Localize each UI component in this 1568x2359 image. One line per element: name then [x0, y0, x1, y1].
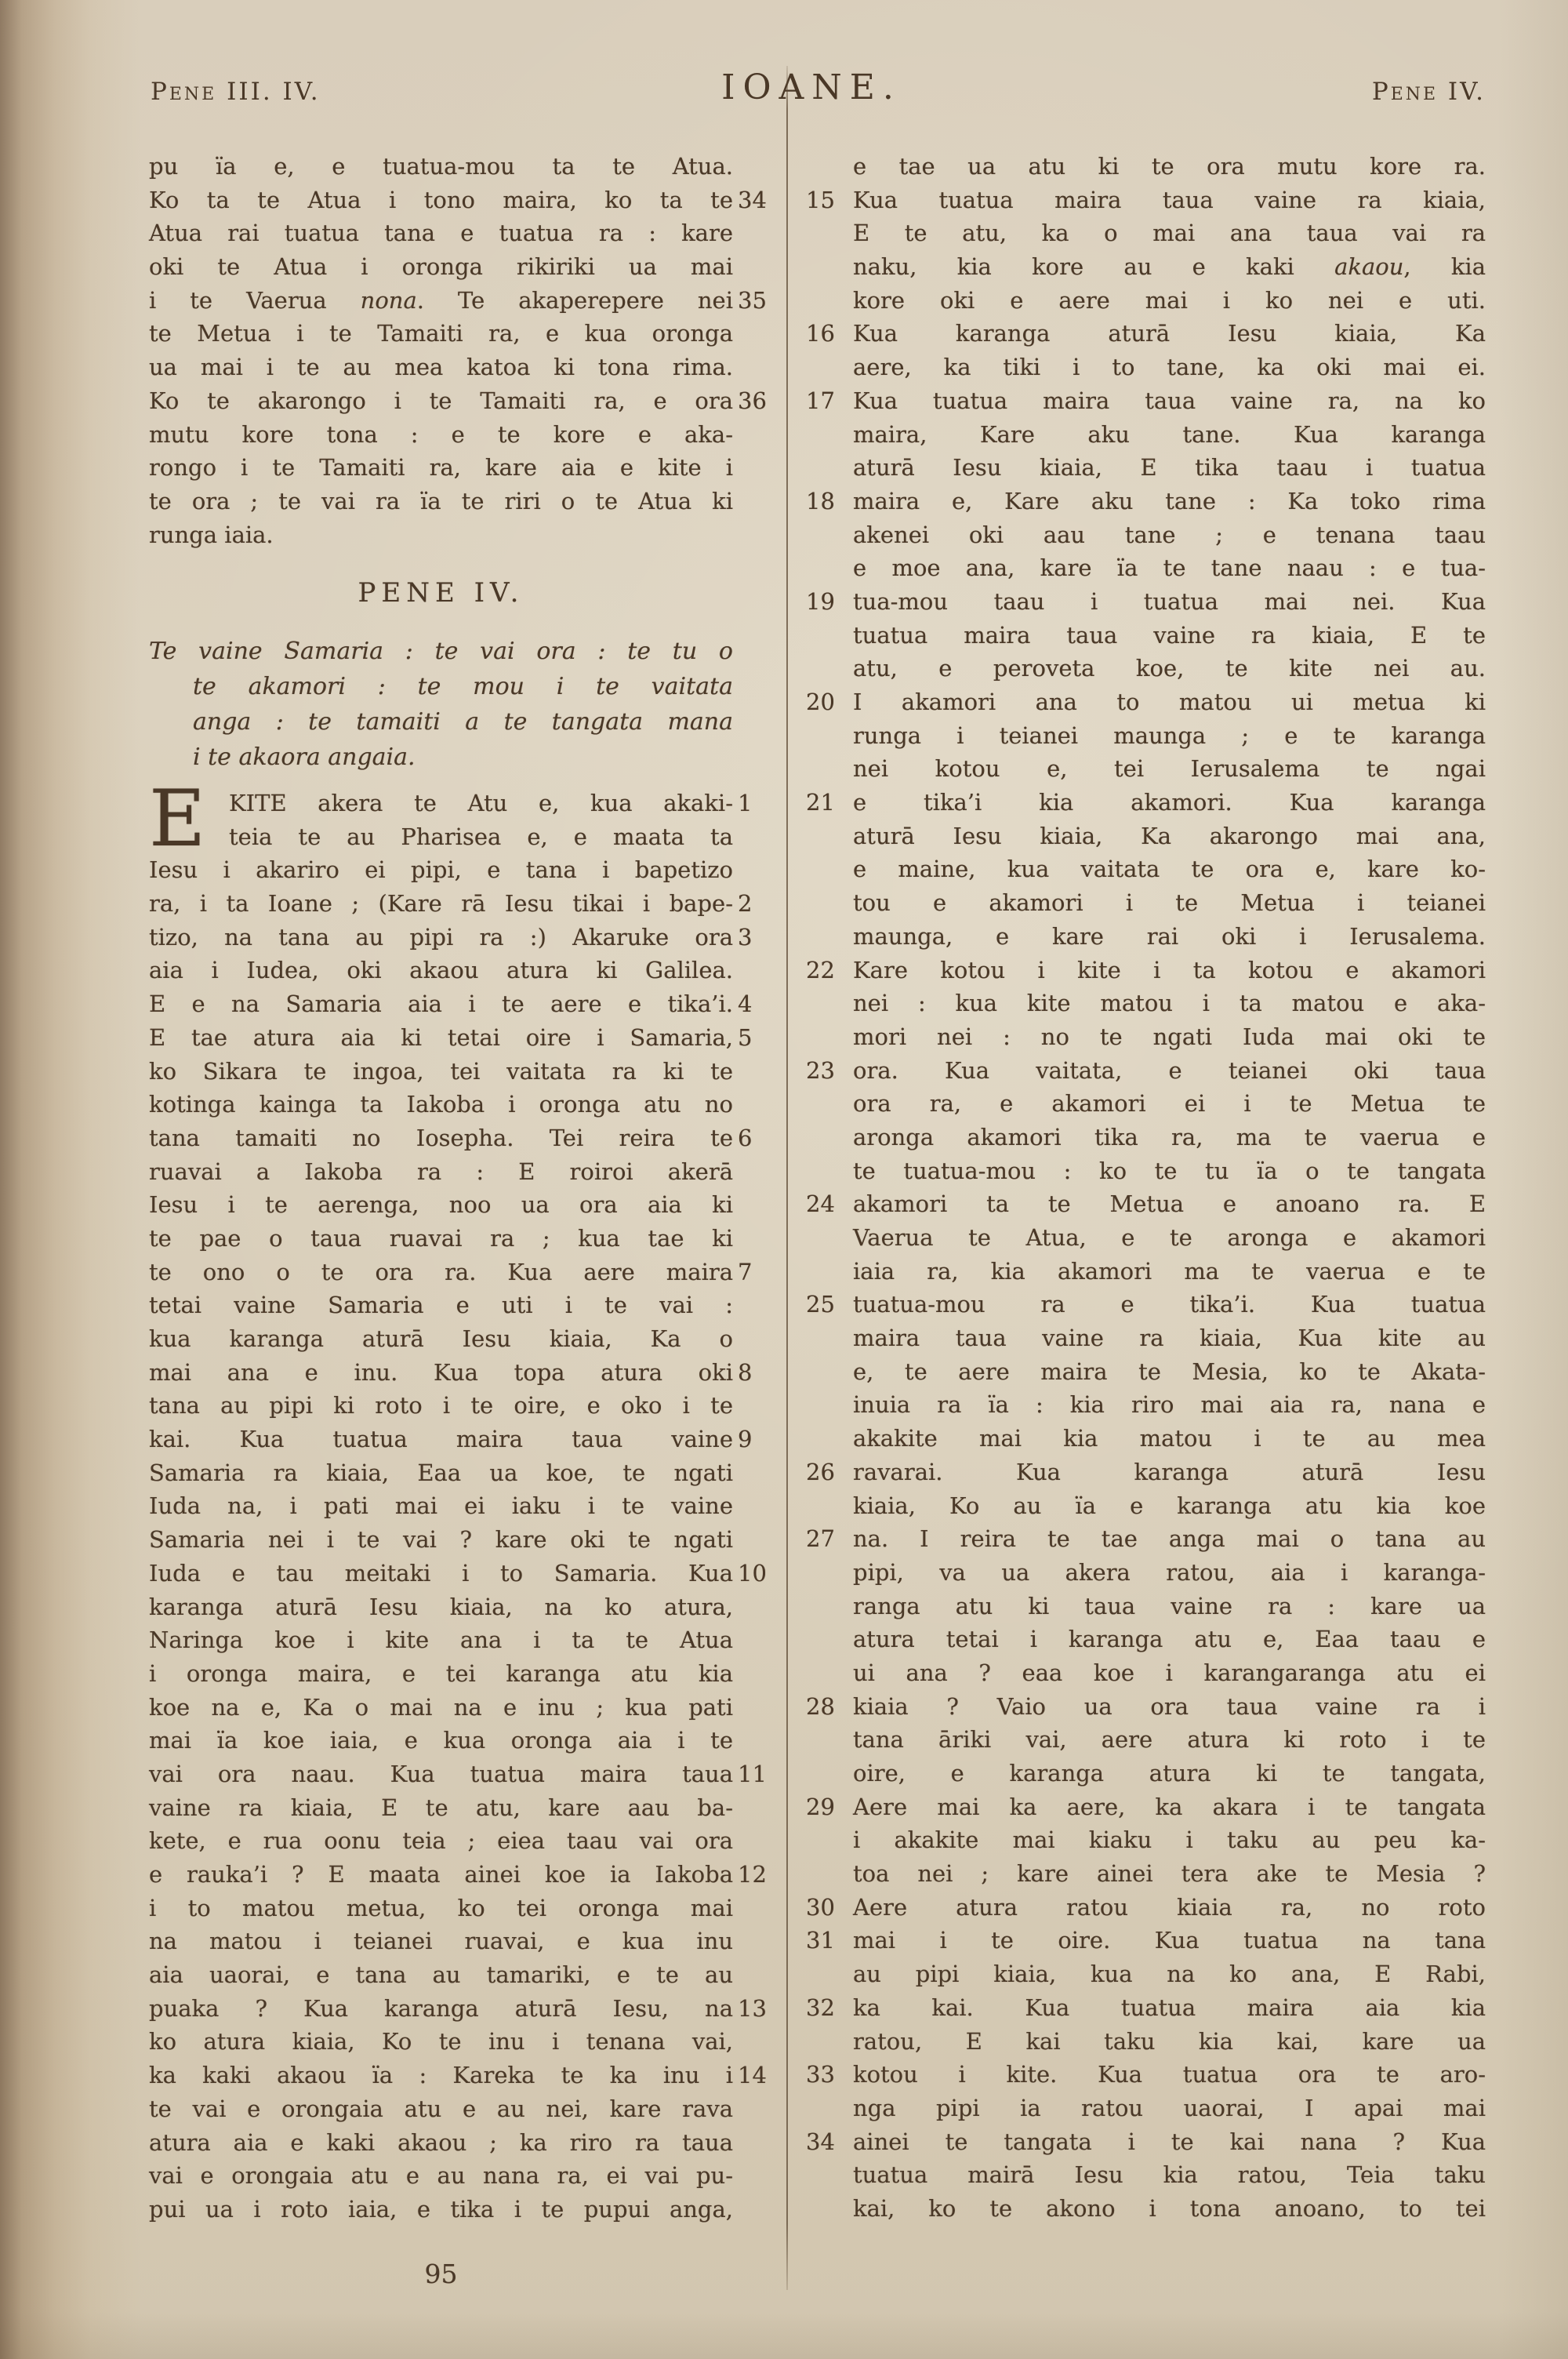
- line-text: ua mai i te au mea katoa ki tona rima.: [149, 354, 733, 380]
- line-text: tana au pipi ki roto i te oire, e oko i …: [149, 1392, 733, 1419]
- line-text: pu ïa e, e tuatua-mou ta te Atua.: [149, 153, 733, 180]
- text-line: ruavai a Iakoba ra : E roiroi akerā: [149, 1155, 733, 1189]
- line-text: ora ra, e akamori ei i te Metua te: [853, 1090, 1486, 1117]
- line-text: kete, e rua oonu teia ; eiea taau vai or…: [149, 1827, 733, 1854]
- line-text: oire, e karanga atura ki te tangata,: [853, 1760, 1486, 1787]
- text-line: ora ra, e akamori ei i te Metua te: [853, 1087, 1486, 1121]
- line-text: akakite mai kia matou i te au mea: [853, 1425, 1486, 1452]
- line-text: i akakite mai kiaku i taku au peu ka-: [853, 1826, 1486, 1853]
- text-line: te ono o te ora ra. Kua aere maira7: [149, 1256, 733, 1289]
- verse-number: 28: [806, 1690, 850, 1724]
- line-text: te ora ; te vai ra ïa te riri o te Atua …: [149, 488, 733, 514]
- line-text: karanga aturā Iesu kiaia, na ko atura,: [149, 1594, 733, 1620]
- text-line: atura aia e kaki akaou ; ka riro ra taua: [149, 2126, 733, 2160]
- running-header-title: IOANE.: [106, 67, 1517, 107]
- line-text: tou e akamori i te Metua i teianei: [853, 889, 1486, 916]
- text-line: ranga atu ki taua vaine ra : kare ua: [853, 1590, 1486, 1623]
- line-text: i te akaora angaia.: [193, 743, 416, 771]
- line-text: akenei oki aau tane ; e tenana taau: [853, 522, 1486, 548]
- verse-number: 24: [806, 1187, 850, 1221]
- text-line: koe na e, Ka o mai na e inu ; kua pati: [149, 1691, 733, 1725]
- line-text: i oronga maira, e tei karanga atu kia: [149, 1660, 733, 1687]
- text-line: akenei oki aau tane ; e tenana taau: [853, 518, 1486, 552]
- verse-number: 29: [806, 1790, 850, 1824]
- line-text: Kua karanga aturā Iesu kiaia, Ka: [853, 320, 1486, 347]
- text-line: tizo, na tana au pipi ra :) Akaruke ora3: [149, 921, 733, 954]
- text-line: E tae atura aia ki tetai oire i Samaria,…: [149, 1021, 733, 1055]
- text-line: aia uaorai, e tana au tamariki, e te au: [149, 1958, 733, 1992]
- verse-number: 20: [806, 685, 850, 719]
- text-line: tana āriki vai, aere atura ki roto i te: [853, 1723, 1486, 1757]
- text-line: akamori ta te Metua e anoano ra. E24: [853, 1187, 1486, 1221]
- text-line: tou e akamori i te Metua i teianei: [853, 886, 1486, 920]
- verse-number: 16: [806, 317, 850, 351]
- line-text: tuatua-mou ra e tika’i. Kua tuatua: [853, 1291, 1486, 1318]
- text-line: e tika’i kia akamori. Kua karanga21: [853, 786, 1486, 820]
- line-text: Kua tuatua maira taua vaine ra kiaia,: [853, 187, 1486, 213]
- line-text: ko atura kiaia, Ko te inu i tenana vai,: [149, 2028, 733, 2055]
- line-text: kotou i kite. Kua tuatua ora te aro-: [853, 2061, 1486, 2088]
- text-line: kai. Kua tuatua maira taua vaine9: [149, 1423, 733, 1456]
- line-text: ora. Kua vaitata, e teianei oki taua: [853, 1057, 1486, 1084]
- line-text: e tika’i kia akamori. Kua karanga: [853, 789, 1486, 816]
- text-line: te pae o taua ruavai ra ; kua tae ki: [149, 1222, 733, 1256]
- text-line: puaka ? Kua karanga aturā Iesu, na13: [149, 1992, 733, 2026]
- line-text: rongo i te Tamaiti ra, kare aia e kite i: [149, 454, 733, 481]
- line-text: mutu kore tona : e te kore e aka-: [149, 421, 733, 448]
- line-text: aronga akamori tika ra, ma te vaerua e: [853, 1124, 1486, 1150]
- text-line: Aere mai ka aere, ka akara i te tangata2…: [853, 1790, 1486, 1824]
- text-line: ra, i ta Ioane ; (Kare rā Iesu tikai i b…: [149, 887, 733, 921]
- text-line: kai, ko te akono i tona anoano, to tei: [853, 2192, 1486, 2226]
- verse-number: 1: [738, 787, 785, 820]
- text-line: ua mai i te au mea katoa ki tona rima.: [149, 351, 733, 384]
- line-text: ui ana ? eaa koe i karangaranga atu ei: [853, 1659, 1486, 1686]
- verse-number: 2: [738, 887, 785, 921]
- verse-number: 33: [806, 2058, 850, 2092]
- line-text: kiaia ? Vaio ua ora taua vaine ra i: [853, 1693, 1486, 1720]
- text-line: kotinga kainga ta Iakoba i oronga atu no: [149, 1088, 733, 1121]
- text-line: vai ora naau. Kua tuatua maira taua11: [149, 1757, 733, 1791]
- line-text: na matou i teianei ruavai, e kua inu: [149, 1928, 733, 1954]
- text-line: ko atura kiaia, Ko te inu i tenana vai,: [149, 2025, 733, 2059]
- line-text: E e na Samaria aia i te aere e tika’i.: [149, 990, 733, 1017]
- text-line: e tae ua atu ki te ora mutu kore ra.: [853, 150, 1486, 184]
- text-line: Vaerua te Atua, e te aronga e akamori: [853, 1221, 1486, 1255]
- line-text: Te vaine Samaria : te vai ora : te tu o: [149, 638, 733, 665]
- line-text: Naringa koe i kite ana i ta te Atua: [149, 1627, 733, 1653]
- text-line: teia te au Pharisea e, e maata ta: [149, 820, 733, 854]
- line-text: e, te aere maira te Mesia, ko te Akata-: [853, 1358, 1486, 1385]
- line-text: pipi, va ua akera ratou, aia i karanga-: [853, 1559, 1486, 1586]
- verse-number: 6: [738, 1121, 785, 1155]
- line-text: oki te Atua i oronga rikiriki ua mai: [149, 253, 733, 280]
- text-line: Kare kotou i kite i ta kotou e akamori22: [853, 954, 1486, 987]
- text-line: E e na Samaria aia i te aere e tika’i.4: [149, 987, 733, 1021]
- line-text: I akamori ana to matou ui metua ki: [853, 689, 1486, 715]
- text-line: aere, ka tiki i to tane, ka oki mai ei.: [853, 351, 1486, 384]
- line-text: Kare kotou i kite i ta kotou e akamori: [853, 957, 1486, 983]
- line-text: tua-mou taau i tuatua mai nei. Kua: [853, 588, 1486, 615]
- text-line: kua karanga aturā Iesu kiaia, Ka o: [149, 1322, 733, 1356]
- text-line: tana au pipi ki roto i te oire, e oko i …: [149, 1389, 733, 1423]
- text-line: na matou i teianei ruavai, e kua inu: [149, 1925, 733, 1958]
- line-text: ra, i ta Ioane ; (Kare rā Iesu tikai i b…: [149, 890, 733, 917]
- verse-number: 15: [806, 184, 850, 217]
- text-line: Kua tuatua maira taua vaine ra kiaia,15: [853, 184, 1486, 217]
- line-text: Iesu i akariro ei pipi, e tana i bapetiz…: [149, 856, 733, 883]
- running-header-right: Pene IV.: [1325, 78, 1486, 106]
- text-line: e, te aere maira te Mesia, ko te Akata-: [853, 1355, 1486, 1389]
- text-line: nei : kua kite matou i ta matou e aka-: [853, 987, 1486, 1020]
- text-line: i te akaora angaia.: [149, 740, 733, 775]
- verse-number: 8: [738, 1356, 785, 1390]
- line-text: maunga, e kare rai oki i Ierusalema.: [853, 923, 1486, 950]
- text-line: Kua tuatua maira taua vaine ra, na ko17: [853, 384, 1486, 418]
- line-text: Iesu i te aerenga, noo ua ora aia ki: [149, 1191, 733, 1218]
- line-text: Atua rai tuatua tana e tuatua ra : kare: [149, 220, 733, 246]
- line-text: ka kai. Kua tuatua maira aia kia: [853, 1994, 1486, 2021]
- line-text: e tae ua atu ki te ora mutu kore ra.: [853, 153, 1486, 180]
- line-text: Ko te akarongo i te Tamaiti ra, e ora: [149, 387, 733, 414]
- text-line: ka kaki akaou ïa : Kareka te ka inu i14: [149, 2059, 733, 2092]
- line-text: Iuda na, i pati mai ei iaku i te vaine: [149, 1492, 733, 1519]
- text-line: i te Vaerua nona. Te akaperepere nei35: [149, 284, 733, 318]
- text-line: te tuatua-mou : ko te tu ïa o te tangata: [853, 1154, 1486, 1188]
- text-line: Kua karanga aturā Iesu kiaia, Ka16: [853, 317, 1486, 351]
- line-text: runga i teianei maunga ; e te karanga: [853, 722, 1486, 749]
- text-line: akakite mai kia matou i te au mea: [853, 1422, 1486, 1456]
- text-line: e maine, kua vaitata te ora e, kare ko-: [853, 852, 1486, 886]
- verse-number: 36: [738, 384, 785, 418]
- line-text: akamori ta te Metua e anoano ra. E: [853, 1190, 1486, 1217]
- line-text: kore oki e aere mai i ko nei e uti.: [853, 287, 1486, 314]
- line-text: Samaria nei i te vai ? kare oki te ngati: [149, 1526, 733, 1553]
- line-text: mai i te oire. Kua tuatua na tana: [853, 1927, 1486, 1954]
- verse-number: 21: [806, 786, 850, 820]
- text-line: Iesu i te aerenga, noo ua ora aia ki: [149, 1188, 733, 1222]
- text-line: iaia ra, kia akamori ma te vaerua e te: [853, 1255, 1486, 1289]
- line-text: vai e orongaia atu e au nana ra, ei vai …: [149, 2162, 733, 2189]
- text-line: i to matou metua, ko tei oronga mai: [149, 1892, 733, 1925]
- text-line: te Metua i te Tamaiti ra, e kua oronga: [149, 317, 733, 351]
- verse-number: 32: [806, 1991, 850, 2025]
- line-text: ka kaki akaou ïa : Kareka te ka inu i: [149, 2062, 733, 2088]
- line-text: tizo, na tana au pipi ra :) Akaruke ora: [149, 924, 733, 951]
- verse-number: 10: [738, 1557, 785, 1590]
- text-line: kiaia ? Vaio ua ora taua vaine ra i28: [853, 1690, 1486, 1724]
- line-text: iaia ra, kia akamori ma te vaerua e te: [853, 1258, 1486, 1285]
- text-line: tana tamaiti no Iosepha. Tei reira te6: [149, 1121, 733, 1155]
- text-line: te vai e orongaia atu e au nei, kare rav…: [149, 2092, 733, 2126]
- text-line: Atua rai tuatua tana e tuatua ra : kare: [149, 216, 733, 250]
- text-line: mai ïa koe iaia, e kua oronga aia i te: [149, 1724, 733, 1757]
- verse-number: 26: [806, 1456, 850, 1489]
- text-line: atu, e peroveta koe, te kite nei au.: [853, 652, 1486, 685]
- page-number: 95: [149, 2259, 733, 2289]
- scanned-book-page: Pene III. IV. IOANE. Pene IV. pu ïa e, e…: [0, 0, 1568, 2359]
- line-text: naku, kia kore au e kaki akaou, kia: [853, 253, 1486, 280]
- text-line: aturā Iesu kiaia, Ka akarongo mai ana,: [853, 820, 1486, 853]
- text-line: mori nei : no te ngati Iuda mai oki te: [853, 1020, 1486, 1054]
- line-text: Aere mai ka aere, ka akara i te tangata: [853, 1794, 1486, 1820]
- line-text: atura tetai i karanga atu e, Eaa taau e: [853, 1626, 1486, 1652]
- text-line: maira, Kare aku tane. Kua karanga: [853, 418, 1486, 452]
- text-line: au pipi kiaia, kua na ko ana, E Rabi,: [853, 1957, 1486, 1991]
- line-text: ravarai. Kua karanga aturā Iesu: [853, 1459, 1486, 1485]
- line-text: puaka ? Kua karanga aturā Iesu, na: [149, 1995, 733, 2022]
- line-text: te ono o te ora ra. Kua aere maira: [149, 1259, 733, 1285]
- line-text: te pae o taua ruavai ra ; kua tae ki: [149, 1225, 733, 1252]
- line-text: kotinga kainga ta Iakoba i oronga atu no: [149, 1091, 733, 1118]
- line-text: aere, ka tiki i to tane, ka oki mai ei.: [853, 354, 1486, 380]
- line-text: kai. Kua tuatua maira taua vaine: [149, 1426, 733, 1452]
- verse-number: 34: [738, 184, 785, 217]
- text-line: Iuda e tau meitaki i to Samaria. Kua10: [149, 1557, 733, 1590]
- text-line: mutu kore tona : e te kore e aka-: [149, 418, 733, 452]
- verse-number: 9: [738, 1423, 785, 1456]
- verse-number: 27: [806, 1522, 850, 1556]
- text-line: naku, kia kore au e kaki akaou, kia: [853, 250, 1486, 284]
- line-text: te akamori : te mou i te vaitata: [193, 673, 733, 700]
- verse-number: 35: [738, 284, 785, 318]
- text-line: aia i Iudea, oki akaou atura ki Galilea.: [149, 954, 733, 987]
- chapter-summary: Te vaine Samaria : te vai ora : te tu ot…: [149, 634, 733, 775]
- text-line: Iesu i akariro ei pipi, e tana i bapetiz…: [149, 853, 733, 887]
- text-line: ravarai. Kua karanga aturā Iesu26: [853, 1456, 1486, 1489]
- right-column-body: e tae ua atu ki te ora mutu kore ra.Kua …: [853, 150, 1486, 2226]
- line-text: Aere atura ratou kiaia ra, no roto: [853, 1894, 1486, 1921]
- line-text: Iuda e tau meitaki i to Samaria. Kua: [149, 1560, 733, 1587]
- text-line: i akakite mai kiaku i taku au peu ka-: [853, 1823, 1486, 1857]
- text-line: te ora ; te vai ra ïa te riri o te Atua …: [149, 485, 733, 518]
- text-line: i oronga maira, e tei karanga atu kia: [149, 1657, 733, 1691]
- verse-number: 19: [806, 585, 850, 619]
- verse-number: 3: [738, 921, 785, 954]
- line-text: atura aia e kaki akaou ; ka riro ra taua: [149, 2129, 733, 2156]
- line-text: runga iaia.: [149, 522, 274, 548]
- text-line: maira taua vaine ra kiaia, Kua kite au: [853, 1321, 1486, 1355]
- line-text: E tae atura aia ki tetai oire i Samaria,: [149, 1024, 733, 1051]
- text-line: E te atu, ka o mai ana taua vai ra: [853, 216, 1486, 250]
- text-line: tua-mou taau i tuatua mai nei. Kua19: [853, 585, 1486, 619]
- text-line: aturā Iesu kiaia, E tika taau i tuatua: [853, 451, 1486, 485]
- text-line: ui ana ? eaa koe i karangaranga atu ei: [853, 1656, 1486, 1690]
- text-line: tuatua mairā Iesu kia ratou, Teia taku: [853, 2158, 1486, 2192]
- text-line: pipi, va ua akera ratou, aia i karanga-: [853, 1556, 1486, 1590]
- text-line: mai ana e inu. Kua topa atura oki8: [149, 1356, 733, 1390]
- line-text: mai ïa koe iaia, e kua oronga aia i te: [149, 1727, 733, 1754]
- line-text: maira, Kare aku tane. Kua karanga: [853, 421, 1486, 448]
- text-line: ainei te tangata i te kai nana ? Kua34: [853, 2125, 1486, 2159]
- line-text: te vai e orongaia atu e au nei, kare rav…: [149, 2095, 733, 2122]
- line-text: aia uaorai, e tana au tamariki, e te au: [149, 1961, 733, 1988]
- text-line: pu ïa e, e tuatua-mou ta te Atua.: [149, 150, 733, 184]
- text-line: runga iaia.: [149, 518, 733, 552]
- text-line: Samaria nei i te vai ? kare oki te ngati: [149, 1523, 733, 1557]
- line-text: maira e, Kare aku tane : Ka toko rima: [853, 488, 1486, 514]
- verse-number: 11: [738, 1757, 785, 1791]
- verse-number: 25: [806, 1288, 850, 1321]
- text-line: aronga akamori tika ra, ma te vaerua e: [853, 1121, 1486, 1154]
- text-line: inuia ra ïa : kia riro mai aia ra, nana …: [853, 1388, 1486, 1422]
- text-line: anga : te tamaiti a te tangata mana: [149, 704, 733, 740]
- line-text: te Metua i te Tamaiti ra, e kua oronga: [149, 320, 733, 347]
- line-text: mori nei : no te ngati Iuda mai oki te: [853, 1023, 1486, 1050]
- text-line: Ko te akarongo i te Tamaiti ra, e ora36: [149, 384, 733, 418]
- text-line: te akamori : te mou i te vaitata: [149, 669, 733, 704]
- verse-number: 5: [738, 1021, 785, 1055]
- line-text: nga pipi ia ratou uaorai, I apai mai: [853, 2095, 1486, 2121]
- line-text: aturā Iesu kiaia, Ka akarongo mai ana,: [853, 823, 1486, 849]
- text-line: KITE akera te Atu e, kua akaki-1: [149, 787, 733, 820]
- line-text: tana āriki vai, aere atura ki roto i te: [853, 1726, 1486, 1753]
- text-line: toa nei ; kare ainei tera ake te Mesia ?: [853, 1857, 1486, 1891]
- line-text: mai ana e inu. Kua topa atura oki: [149, 1359, 733, 1386]
- line-text: te tuatua-mou : ko te tu ïa o te tangata: [853, 1158, 1486, 1184]
- text-line: e moe ana, kare ïa te tane naau : e tua-: [853, 551, 1486, 585]
- text-line: Te vaine Samaria : te vai ora : te tu o: [149, 634, 733, 669]
- text-line: tetai vaine Samaria e uti i te vai :: [149, 1289, 733, 1322]
- text-line: atura tetai i karanga atu e, Eaa taau e: [853, 1623, 1486, 1656]
- verse-number: 14: [738, 2059, 785, 2092]
- verse-number: 18: [806, 485, 850, 518]
- column-divider-rule: [786, 66, 788, 2290]
- line-text: i to matou metua, ko tei oronga mai: [149, 1895, 733, 1921]
- verse-number: 4: [738, 987, 785, 1021]
- verse-number: 12: [738, 1858, 785, 1892]
- line-text: Vaerua te Atua, e te aronga e akamori: [853, 1224, 1486, 1251]
- verse-number: 22: [806, 954, 850, 987]
- line-text: aia i Iudea, oki akaou atura ki Galilea.: [149, 957, 733, 983]
- text-line: ora. Kua vaitata, e teianei oki taua23: [853, 1054, 1486, 1088]
- line-text: i te Vaerua nona. Te akaperepere nei: [149, 287, 733, 314]
- left-column-chapter4-body: KITE akera te Atu e, kua akaki-1teia te …: [149, 787, 733, 2226]
- line-text: E te atu, ka o mai ana taua vai ra: [853, 220, 1486, 246]
- verse-number: 30: [806, 1891, 850, 1925]
- text-line: Ko ta te Atua i tono maira, ko ta te34: [149, 184, 733, 217]
- text-line: karanga aturā Iesu kiaia, na ko atura,: [149, 1590, 733, 1624]
- line-text: tetai vaine Samaria e uti i te vai :: [149, 1292, 733, 1318]
- line-text: Ko ta te Atua i tono maira, ko ta te: [149, 187, 733, 213]
- text-line: oire, e karanga atura ki te tangata,: [853, 1757, 1486, 1790]
- line-text: vaine ra kiaia, E te atu, kare aau ba-: [149, 1794, 733, 1821]
- text-line: kiaia, Ko au ïa e karanga atu kia koe: [853, 1489, 1486, 1523]
- text-line: maunga, e kare rai oki i Ierusalema.: [853, 920, 1486, 954]
- line-text: toa nei ; kare ainei tera ake te Mesia ?: [853, 1860, 1486, 1887]
- line-text: ko Sikara te ingoa, tei vaitata ra ki te: [149, 1058, 733, 1085]
- text-line: Iuda na, i pati mai ei iaku i te vaine: [149, 1489, 733, 1523]
- line-text: Samaria ra kiaia, Eaa ua koe, te ngati: [149, 1459, 733, 1486]
- text-line: kotou i kite. Kua tuatua ora te aro-33: [853, 2058, 1486, 2092]
- line-text: vai ora naau. Kua tuatua maira taua: [149, 1761, 733, 1787]
- text-line: mai i te oire. Kua tuatua na tana31: [853, 1924, 1486, 1957]
- line-text: inuia ra ïa : kia riro mai aia ra, nana …: [853, 1391, 1486, 1418]
- line-text: maira taua vaine ra kiaia, Kua kite au: [853, 1325, 1486, 1351]
- text-line: tuatua-mou ra e tika’i. Kua tuatua25: [853, 1288, 1486, 1321]
- line-text: na. I reira te tae anga mai o tana au: [853, 1525, 1486, 1552]
- text-line: kore oki e aere mai i ko nei e uti.: [853, 284, 1486, 318]
- line-text: e rauka’i ? E maata ainei koe ia Iakoba: [149, 1861, 733, 1888]
- text-line: e rauka’i ? E maata ainei koe ia Iakoba1…: [149, 1858, 733, 1892]
- text-line: Aere atura ratou kiaia ra, no roto30: [853, 1891, 1486, 1925]
- text-line: rongo i te Tamaiti ra, kare aia e kite i: [149, 451, 733, 485]
- text-line: I akamori ana to matou ui metua ki20: [853, 685, 1486, 719]
- text-line: Samaria ra kiaia, Eaa ua koe, te ngati: [149, 1456, 733, 1490]
- line-text: kua karanga aturā Iesu kiaia, Ka o: [149, 1325, 733, 1352]
- text-line: ka kai. Kua tuatua maira aia kia32: [853, 1991, 1486, 2025]
- text-line: ko Sikara te ingoa, tei vaitata ra ki te: [149, 1055, 733, 1089]
- line-text: kiaia, Ko au ïa e karanga atu kia koe: [853, 1492, 1486, 1519]
- line-text: tana tamaiti no Iosepha. Tei reira te: [149, 1125, 733, 1151]
- line-text: kai, ko te akono i tona anoano, to tei: [853, 2195, 1486, 2222]
- verse-number: 34: [806, 2125, 850, 2159]
- verse-number: 7: [738, 1256, 785, 1289]
- line-text: ranga atu ki taua vaine ra : kare ua: [853, 1593, 1486, 1619]
- verse-number: 17: [806, 384, 850, 418]
- line-text: koe na e, Ka o mai na e inu ; kua pati: [149, 1694, 733, 1721]
- line-text: Kua tuatua maira taua vaine ra, na ko: [853, 387, 1486, 414]
- text-line: nei kotou e, tei Ierusalema te ngai: [853, 752, 1486, 786]
- text-line: Naringa koe i kite ana i ta te Atua: [149, 1623, 733, 1657]
- text-line: nga pipi ia ratou uaorai, I apai mai: [853, 2092, 1486, 2125]
- line-text: anga : te tamaiti a te tangata mana: [193, 708, 733, 736]
- verse-number: 31: [806, 1924, 850, 1957]
- text-line: maira e, Kare aku tane : Ka toko rima18: [853, 485, 1486, 518]
- line-text: teia te au Pharisea e, e maata ta: [229, 823, 733, 850]
- line-text: atu, e peroveta koe, te kite nei au.: [853, 655, 1486, 682]
- line-text: au pipi kiaia, kua na ko ana, E Rabi,: [853, 1961, 1486, 1987]
- verse-number: 23: [806, 1054, 850, 1088]
- text-line: oki te Atua i oronga rikiriki ua mai: [149, 250, 733, 284]
- line-text: aturā Iesu kiaia, E tika taau i tuatua: [853, 454, 1486, 481]
- text-line: runga i teianei maunga ; e te karanga: [853, 719, 1486, 753]
- left-column-chapter3-end: pu ïa e, e tuatua-mou ta te Atua.Ko ta t…: [149, 150, 733, 551]
- text-line: ratou, E kai taku kia kai, kare ua: [853, 2025, 1486, 2059]
- line-text: e moe ana, kare ïa te tane naau : e tua-: [853, 554, 1486, 581]
- text-line: na. I reira te tae anga mai o tana au27: [853, 1522, 1486, 1556]
- line-text: ruavai a Iakoba ra : E roiroi akerā: [149, 1158, 733, 1185]
- text-line: vai e orongaia atu e au nana ra, ei vai …: [149, 2159, 733, 2193]
- chapter-heading: PENE IV.: [149, 577, 733, 609]
- line-text: nei kotou e, tei Ierusalema te ngai: [853, 755, 1486, 782]
- line-text: pui ua i roto iaia, e tika i te pupui an…: [149, 2196, 733, 2223]
- line-text: ratou, E kai taku kia kai, kare ua: [853, 2028, 1486, 2055]
- line-text: KITE akera te Atu e, kua akaki-: [229, 790, 733, 816]
- text-line: pui ua i roto iaia, e tika i te pupui an…: [149, 2193, 733, 2226]
- verse-number: 13: [738, 1992, 785, 2026]
- line-text: nei : kua kite matou i ta matou e aka-: [853, 990, 1486, 1016]
- text-line: vaine ra kiaia, E te atu, kare aau ba-: [149, 1791, 733, 1825]
- line-text: tuatua mairā Iesu kia ratou, Teia taku: [853, 2161, 1486, 2188]
- line-text: e maine, kua vaitata te ora e, kare ko-: [853, 856, 1486, 882]
- line-text: ainei te tangata i te kai nana ? Kua: [853, 2128, 1486, 2155]
- text-line: kete, e rua oonu teia ; eiea taau vai or…: [149, 1824, 733, 1858]
- line-text: tuatua maira taua vaine ra kiaia, E te: [853, 622, 1486, 649]
- text-line: tuatua maira taua vaine ra kiaia, E te: [853, 619, 1486, 652]
